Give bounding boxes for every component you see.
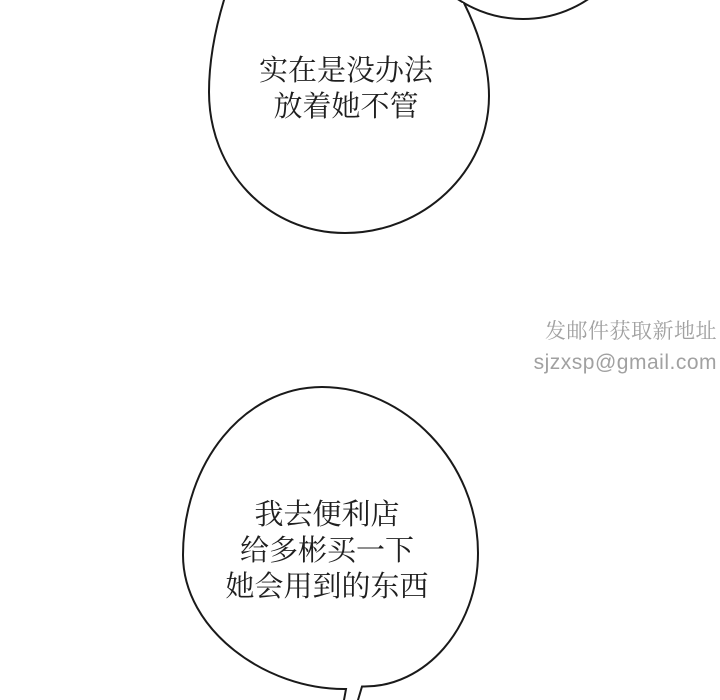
- watermark-notice: 发邮件获取新地址: [534, 319, 717, 344]
- watermark: 发邮件获取新地址 sjzxsp@gmail.com: [534, 319, 717, 377]
- bottom-bubble-line-2: 给多彬买一下: [225, 533, 428, 569]
- bottom-bubble-line-3: 她会用到的东西: [225, 569, 428, 605]
- top-bubble-text: 实在是没办法 放着她不管: [259, 53, 433, 125]
- bottom-bubble-line-1: 我去便利店: [225, 497, 428, 533]
- top-bubble-line-2: 放着她不管: [259, 89, 433, 125]
- watermark-email: sjzxsp@gmail.com: [534, 349, 717, 377]
- bottom-bubble-text: 我去便利店 给多彬买一下 她会用到的东西: [225, 497, 428, 605]
- top-bubble-line-1: 实在是没办法: [259, 53, 433, 89]
- comic-page: 实在是没办法 放着她不管 我去便利店 给多彬买一下 她会用到的东西 发邮件获取新…: [0, 0, 720, 700]
